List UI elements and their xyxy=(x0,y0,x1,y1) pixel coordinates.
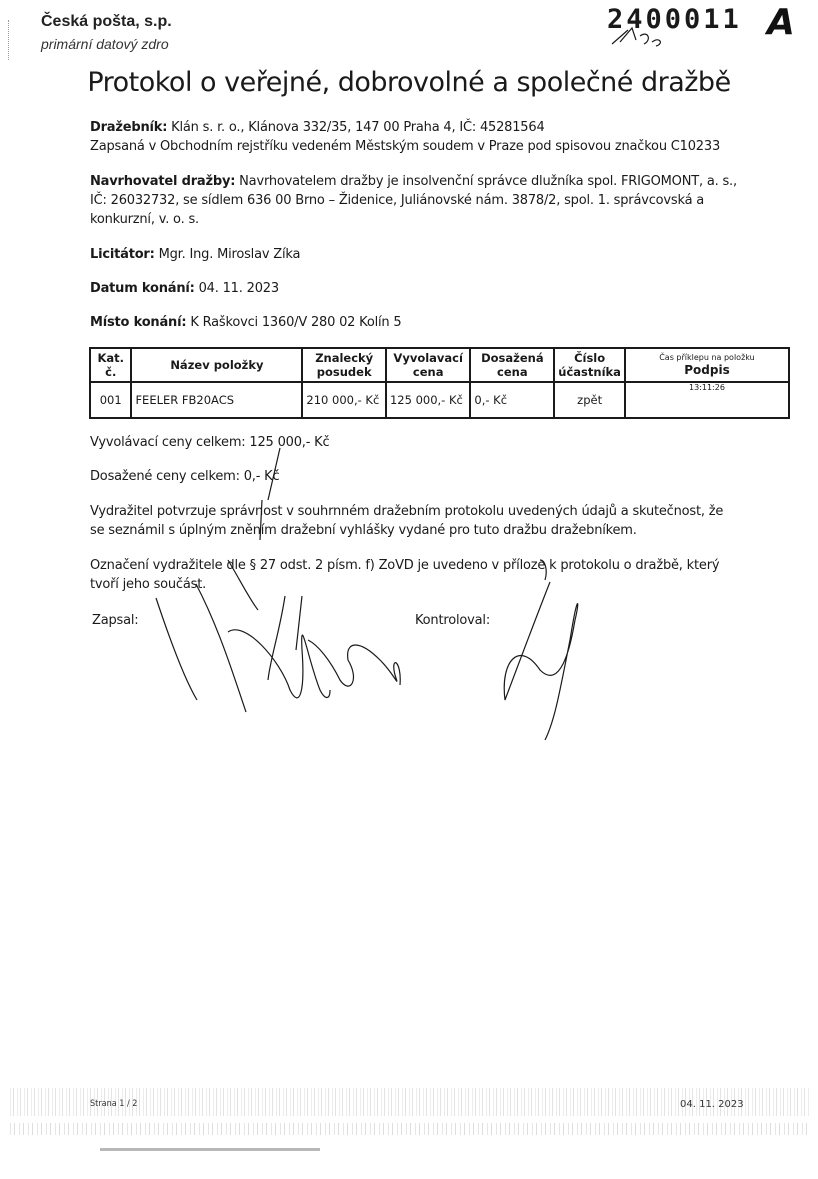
table-row: 001 FEELER FB20ACS 210 000,- Kč 125 000,… xyxy=(90,382,789,418)
header-hammer-time: Čas příklepu na položku xyxy=(629,353,785,363)
footer-scan-noise xyxy=(10,1123,810,1135)
footer-scan-noise xyxy=(100,1148,320,1151)
header-expert-value: Znaleckýposudek xyxy=(302,348,386,382)
place-value: K Raškovci 1360/V 280 02 Kolín 5 xyxy=(190,315,401,330)
date-value: 04. 11. 2023 xyxy=(199,281,279,296)
footer-date: 04. 11. 2023 xyxy=(680,1099,744,1110)
licitator-section: Licitátor: Mgr. Ing. Miroslav Zíka xyxy=(90,245,740,264)
date-label: Datum konání: xyxy=(90,281,195,296)
header-participant: Čísloúčastníka xyxy=(554,348,625,382)
header-achieved-price: Dosaženácena xyxy=(470,348,554,382)
header-start-price: Vyvolavacícena xyxy=(386,348,470,382)
document-number-stamp: 2400011 xyxy=(607,4,742,35)
checked-by-label: Kontroloval: xyxy=(415,611,535,630)
auctioneer-section: Dražebník: Klán s. r. o., Klánova 332/35… xyxy=(90,118,740,156)
proposer-label: Navrhovatel dražby: xyxy=(90,174,235,189)
auction-items-table: Kat. č. Název položky Znaleckýposudek Vy… xyxy=(89,347,790,419)
licitator-label: Licitátor: xyxy=(90,247,155,262)
header-cat-no: Kat. č. xyxy=(90,348,131,382)
header-item-name: Název položky xyxy=(131,348,302,382)
auctioneer-registry: Zapsaná v Obchodním rejstříku vedeném Mě… xyxy=(90,139,720,154)
proposer-section: Navrhovatel dražby: Navrhovatelem dražby… xyxy=(90,172,740,229)
auctioneer-value: Klán s. r. o., Klánova 332/35, 147 00 Pr… xyxy=(171,120,544,135)
cell-item-name: FEELER FB20ACS xyxy=(131,382,302,418)
signature-recorded-by xyxy=(156,584,400,712)
statement-confirmation: Vydražitel potvrzuje správnost v souhrnn… xyxy=(90,502,740,540)
start-price-total: Vyvolávací ceny celkem: 125 000,- Kč xyxy=(90,433,740,452)
auctioneer-label: Dražebník: xyxy=(90,120,167,135)
header-signature: Čas příklepu na položku Podpis xyxy=(625,348,789,382)
licitator-value: Mgr. Ing. Miroslav Zíka xyxy=(159,247,301,262)
postal-stamp-subtitle: primární datový zdro xyxy=(41,36,169,52)
cell-expert-value: 210 000,- Kč xyxy=(302,382,386,418)
cell-participant: zpět xyxy=(554,382,625,418)
page-number: Strana 1 / 2 xyxy=(90,1099,137,1109)
cell-achieved-price: 0,- Kč xyxy=(470,382,554,418)
date-section: Datum konání: 04. 11. 2023 xyxy=(90,279,740,298)
cell-cat-no: 001 xyxy=(90,382,131,418)
place-section: Místo konání: K Raškovci 1360/V 280 02 K… xyxy=(90,313,740,332)
document-title: Protokol o veřejné, dobrovolné a společn… xyxy=(0,67,818,98)
postal-stamp-issuer: Česká pošta, s.p. xyxy=(41,13,172,31)
achieved-price-total: Dosažené ceny celkem: 0,- Kč xyxy=(90,467,740,486)
table-header-row: Kat. č. Název položky Znaleckýposudek Vy… xyxy=(90,348,789,382)
recorded-by-label: Zapsal: xyxy=(92,611,212,630)
cell-hammer-time: 13:11:26 xyxy=(625,382,789,418)
header-signature-label: Podpis xyxy=(629,363,785,377)
place-label: Místo konání: xyxy=(90,315,186,330)
document-letter-stamp: A xyxy=(767,2,795,43)
statement-annex: Označení vydražitele dle § 27 odst. 2 pí… xyxy=(90,556,740,594)
scan-edge-mark xyxy=(8,20,10,60)
cell-start-price: 125 000,- Kč xyxy=(386,382,470,418)
